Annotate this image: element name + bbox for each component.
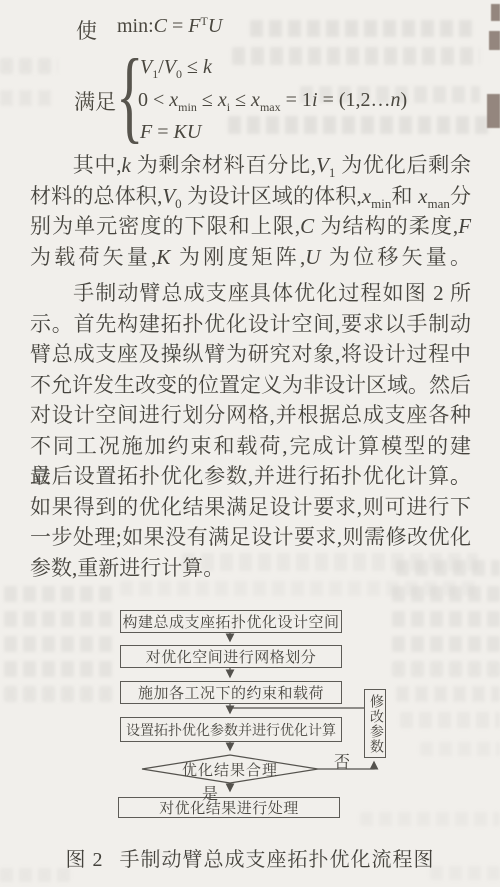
flow-step-mesh-division: 对优化空间进行网格划分 — [120, 645, 342, 668]
bleed-through-smudge — [250, 20, 475, 37]
page-edge-ink-mark — [487, 94, 500, 128]
text-line: 示。首先构建拓扑优化设计空间,要求以手制动 — [30, 309, 471, 340]
bleed-through-smudge — [228, 116, 492, 134]
constraint-density: 0 < xmin ≤ xi ≤ xmax = 1 — [138, 89, 312, 112]
page-edge-ink-mark — [491, 4, 500, 21]
text-line: 对设计空间进行划分网格,并根据总成支座各种 — [30, 400, 471, 431]
text-line: 不允许发生改变的位置定义为非设计区域。然后 — [30, 370, 471, 401]
text-line: 其中,k 为剩余材料百分比,V1 为优化后剩余 — [30, 150, 471, 181]
paragraph-optimization-process: 手制动臂总成支座具体优化过程如图 2 所 示。首先构建拓扑优化设计空间,要求以手… — [30, 278, 471, 583]
flow-step-process-results: 对优化结果进行处理 — [118, 797, 340, 818]
text-line: 如果得到的优化结果满足设计要求,则可进行下 — [30, 492, 471, 523]
text-line: 臂总成支座及操纵臂为研究对象,将设计过程中 — [30, 339, 471, 370]
text-line: 别为单元密度的下限和上限,C 为结构的柔度,F — [30, 211, 471, 242]
bleed-through-smudge — [120, 581, 478, 596]
flow-sidebox-modify-parameters: 修改参数 — [364, 689, 386, 758]
constraint-volume: V1/V0 ≤ k — [140, 56, 212, 79]
bleed-through-smudge — [0, 58, 58, 74]
yes-branch-label: 是 — [202, 781, 218, 804]
paragraph-symbol-definitions: 其中,k 为剩余材料百分比,V1 为优化后剩余 材料的总体积,V0 为设计区域的… — [30, 150, 471, 272]
bleed-through-smudge — [232, 47, 480, 65]
constraint-equilibrium: F = KU — [140, 121, 201, 144]
flowchart-connectors — [0, 600, 500, 830]
flow-step-apply-constraints-loads: 施加各工况下的约束和载荷 — [120, 681, 342, 704]
page-edge-ink-mark — [489, 31, 500, 50]
figure-caption-title: 手制动臂总成支座拓扑优化流程图 — [120, 843, 435, 872]
flow-decision-result-reasonable: 优化结果合理 — [142, 756, 318, 782]
text-line: 一步处理;如果没有满足设计要求,则需修改优化 — [30, 522, 471, 553]
no-branch-label: 否 — [334, 749, 350, 772]
scanned-paper-page: 使 min:C = FTU 满足 { V1/V0 ≤ k 0 < xmin ≤ … — [0, 0, 500, 887]
objective-formula: min:C = FTU — [117, 15, 222, 38]
bleed-through-smudge — [0, 90, 54, 106]
figure-caption: 图 2 手制动臂总成支座拓扑优化流程图 — [0, 843, 500, 872]
flow-step-set-parameters-compute: 设置拓扑优化参数并进行优化计算 — [120, 717, 342, 742]
figure-caption-label: 图 2 — [66, 843, 104, 872]
index-note: i = (1,2…n) — [312, 89, 407, 112]
formula-prefix: 使 — [76, 15, 97, 45]
flowchart-figure2: 构建总成支座拓扑优化设计空间 对优化空间进行网格划分 施加各工况下的约束和载荷 … — [0, 600, 500, 830]
flow-step-build-design-space: 构建总成支座拓扑优化设计空间 — [120, 610, 342, 633]
text-line: 为载荷矢量,K 为刚度矩阵,U 为位移矢量。 — [30, 242, 471, 273]
text-line: 参数,重新进行计算。 — [30, 553, 471, 584]
subject-to-label: 满足 — [74, 86, 116, 116]
text-line: 手制动臂总成支座具体优化过程如图 2 所 — [30, 278, 471, 309]
text-line: 最后设置拓扑优化参数,并进行拓扑优化计算。 — [30, 461, 471, 492]
text-line: 材料的总体积,V0 为设计区域的体积,xmin和 xman分 — [30, 181, 471, 212]
text-line: 不同工况施加约束和载荷,完成计算模型的建立。 — [30, 431, 471, 462]
